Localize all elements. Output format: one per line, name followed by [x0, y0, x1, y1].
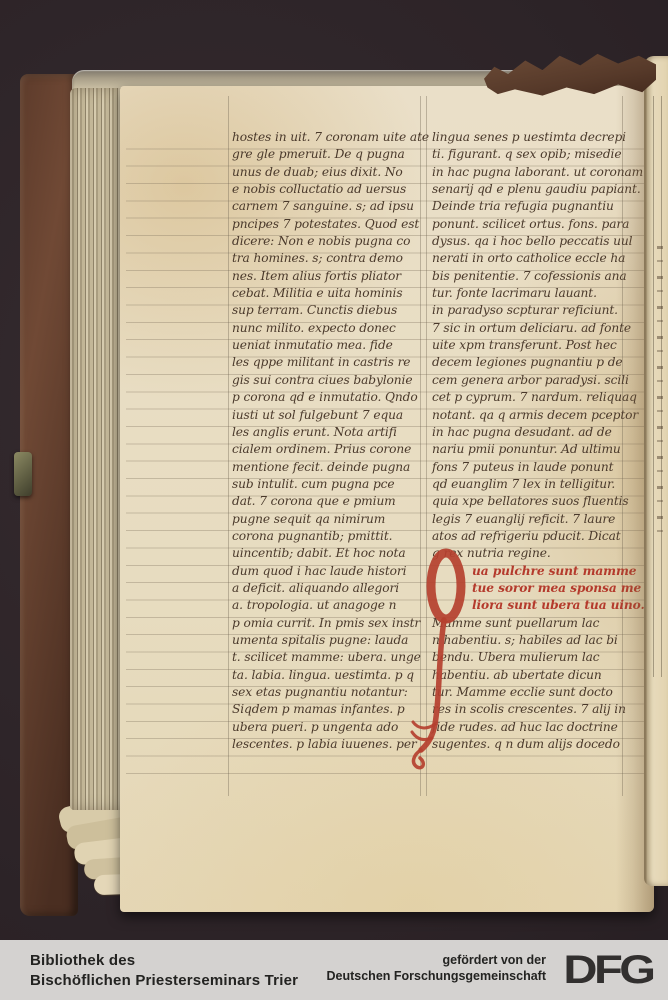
manuscript-line: dysus. qa i hoc bello peccatis uul	[432, 234, 636, 251]
funding-credit-line1: gefördert von der	[327, 953, 547, 969]
manuscript-line: nes. Item alius fortis pliator	[232, 269, 428, 286]
manuscript-line: Siqdem p mamas infantes. p	[232, 702, 428, 719]
manuscript-line: p corona qd e inmutatio. Qndo	[232, 390, 428, 407]
manuscript-line: corona pugnantib; pmittit.	[232, 529, 428, 546]
manuscript-line: t. scilicet mamme: ubera. unge	[232, 650, 428, 667]
facing-page-ruling	[653, 96, 654, 677]
manuscript-line: ueniat inmutatio mea. fide	[232, 338, 428, 355]
funding-credit-line2: Deutschen Forschungsgemeinschaft	[327, 969, 547, 985]
manuscript-line: in paradyso scpturar reficiunt.	[432, 303, 636, 320]
manuscript-line: lescentes. p labia iuuenes. per	[232, 737, 428, 754]
manuscript-line: Deinde tria refugia pugnantiu	[432, 199, 636, 216]
manuscript-line: uite xpm transferunt. Post hec	[432, 338, 636, 355]
manuscript-line: qd euanglim 7 lex in telligitur.	[432, 477, 636, 494]
manuscript-line: tur. fonte lacrimaru lauant.	[432, 286, 636, 303]
manuscript-line: atos ad refrigeriu pducit. Dicat	[432, 529, 636, 546]
manuscript-line: bis penitentie. 7 cofessionis ana	[432, 269, 636, 286]
manuscript-line: decem legiones pugnantiu p de	[432, 355, 636, 372]
manuscript-line: hostes in uit. 7 coronam uite ate	[232, 130, 428, 147]
manuscript-line: notant. qa q armis decem pceptor	[432, 408, 636, 425]
manuscript-line: gre gle pmeruit. De q pugna	[232, 147, 428, 164]
manuscript-line: cebat. Militia e uita hominis	[232, 286, 428, 303]
right-column-upper-text: lingua senes p uestimta decrepiti. figur…	[432, 130, 636, 564]
manuscript-line: sub intulit. cum pugna pce	[232, 477, 428, 494]
manuscript-line: ponunt. scilicet ortus. fons. para	[432, 217, 636, 234]
manuscript-line: umenta spitalis pugne: lauda	[232, 633, 428, 650]
column-rule	[228, 96, 229, 796]
facing-page-edge	[644, 56, 668, 886]
manuscript-line: a deficit. aliquando allegori	[232, 581, 428, 598]
footer-bar: Bibliothek des Bischöflichen Priestersem…	[0, 940, 668, 1000]
manuscript-line: unus de duab; eius dixit. No	[232, 165, 428, 182]
manuscript-line: pncipes 7 potestates. Quod est	[232, 217, 428, 234]
manuscript-line: mentione fecit. deinde pugna	[232, 460, 428, 477]
manuscript-line: cem genera arbor paradysi. scili	[432, 373, 636, 390]
main-parchment-page: hostes in uit. 7 coronam uite ategre gle…	[120, 86, 654, 912]
facing-page-text-fragments	[657, 246, 663, 546]
digitized-manuscript-viewer: hostes in uit. 7 coronam uite ategre gle…	[0, 0, 668, 1000]
manuscript-line: nerati in orto catholice eccle ha	[432, 251, 636, 268]
clasp-fitting	[14, 452, 32, 496]
manuscript-line: nunc milito. expecto donec	[232, 321, 428, 338]
manuscript-line: e nobis colluctatio ad uersus	[232, 182, 428, 199]
manuscript-line: p omia currit. In pmis sex instr	[232, 616, 428, 633]
funding-credit: gefördert von der Deutschen Forschungsge…	[327, 953, 547, 984]
manuscript-line: in hac pugna laborant. ut coronam	[432, 165, 636, 182]
text-column-left: hostes in uit. 7 coronam uite ategre gle…	[232, 130, 428, 754]
library-name-line2: Bischöflichen Priesterseminars Trier	[30, 971, 298, 991]
manuscript-line: cialem ordinem. Prius corone	[232, 442, 428, 459]
manuscript-line: lingua senes p uestimta decrepi	[432, 130, 636, 147]
photo-background: hostes in uit. 7 coronam uite ategre gle…	[0, 0, 668, 940]
manuscript-line: dum quod i hac laude histori	[232, 564, 428, 581]
manuscript-line: uincentib; dabit. Et hoc nota	[232, 546, 428, 563]
dfg-logo: DFG	[563, 946, 652, 994]
manuscript-line: iusti ut sol fulgebunt 7 equa	[232, 408, 428, 425]
manuscript-line: senarij qd e plenu gaudiu papiant.	[432, 182, 636, 199]
manuscript-line: a. tropologia. ut anagoge n	[232, 598, 428, 615]
manuscript-line: carnem 7 sanguine. s; ad ipsu	[232, 199, 428, 216]
manuscript-line: pugne sequit qa nimirum	[232, 512, 428, 529]
manuscript-line: nariu pmii ponuntur. Ad ultimu	[432, 442, 636, 459]
rubric-line: ua pulchre sunt mamme	[472, 564, 636, 581]
rubric-line: liora sunt ubera tua uino.	[472, 598, 636, 615]
rubric-initial-q	[408, 546, 472, 776]
manuscript-line: gis sui contra ciues babylonie	[232, 373, 428, 390]
manuscript-line: ta. labia. lingua. uestimta. p q	[232, 668, 428, 685]
manuscript-line: ti. figurant. q sex opib; misedie	[432, 147, 636, 164]
manuscript-line: les qppe militant in castris re	[232, 355, 428, 372]
manuscript-line: sup terram. Cunctis diebus	[232, 303, 428, 320]
manuscript-line: legis 7 euanglij reficit. 7 laure	[432, 512, 636, 529]
rubric-line: tue soror mea sponsa me	[472, 581, 636, 598]
manuscript-line: quia xpe bellatores suos fluentis	[432, 494, 636, 511]
manuscript-line: cet p cyprum. 7 nardum. reliquaq	[432, 390, 636, 407]
manuscript-line: sex etas pugnantiu notantur:	[232, 685, 428, 702]
manuscript-line: les anglis erunt. Nota artifi	[232, 425, 428, 442]
manuscript-line: in hac pugna desudant. ad de	[432, 425, 636, 442]
library-name-line1: Bibliothek des	[30, 951, 298, 971]
library-name: Bibliothek des Bischöflichen Priestersem…	[30, 951, 298, 990]
manuscript-line: tra homines. s; contra demo	[232, 251, 428, 268]
manuscript-line: dicere: Non e nobis pugna co	[232, 234, 428, 251]
manuscript-line: ubera pueri. p ungenta ado	[232, 720, 428, 737]
manuscript-line: fons 7 puteus in laude ponunt	[432, 460, 636, 477]
manuscript-line: 7 sic in ortum deliciaru. ad fonte	[432, 321, 636, 338]
manuscript-line: dat. 7 corona que e pmium	[232, 494, 428, 511]
